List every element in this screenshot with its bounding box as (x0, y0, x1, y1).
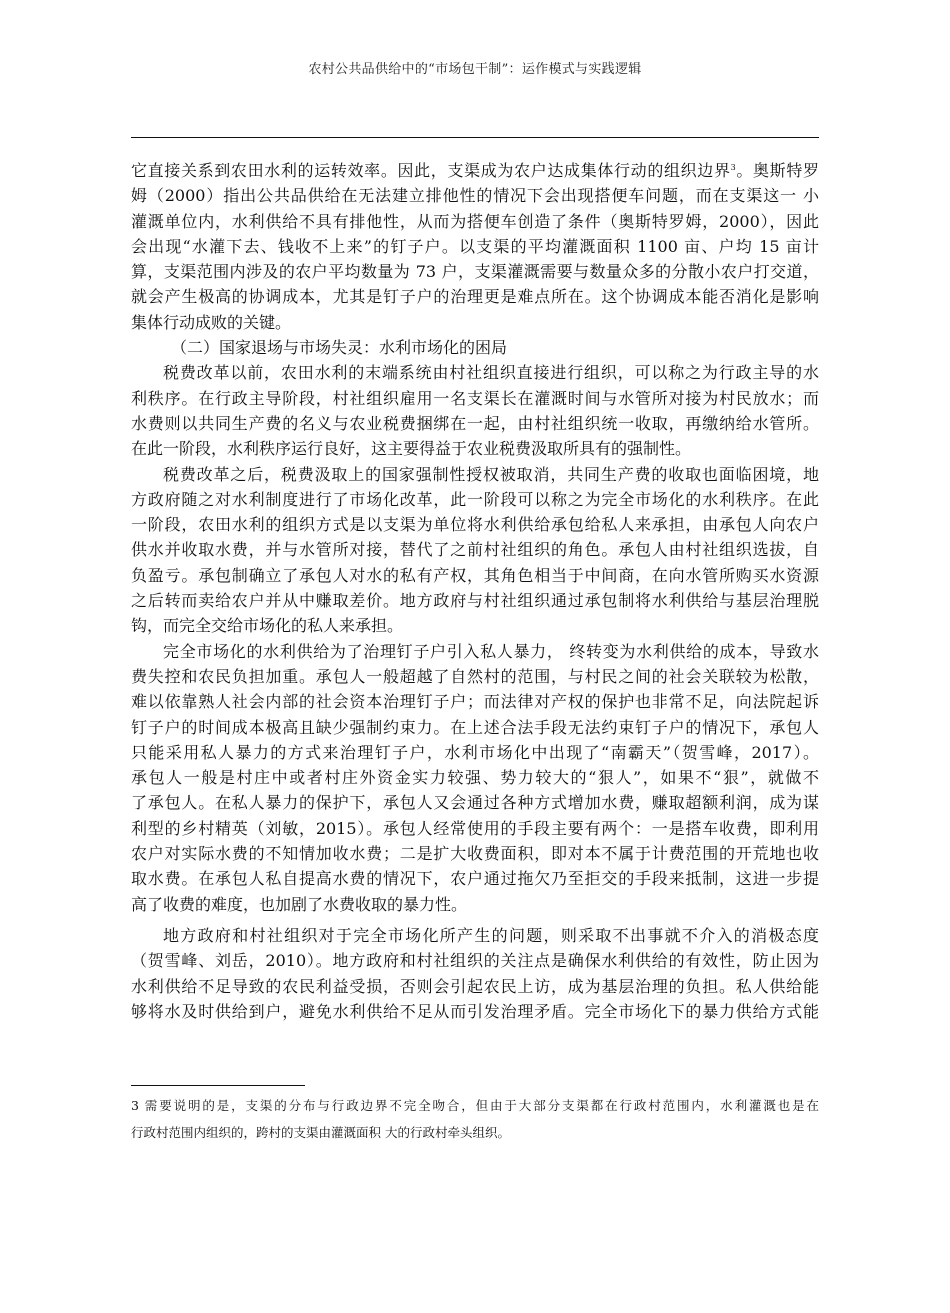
paragraph-2: 税费改革以前，农田水利的末端系统由村社组织直接进行组织，可以称之为行政主导的水 … (131, 360, 819, 461)
text-line: 费失控和农民负担加重。承包人一般超越了自然村的范围，与村民之间的社会关联较为松散… (131, 664, 819, 689)
text-line: 取水费。在承包人私自提高水费的情况下，农户通过拖欠乃至拒交的手段来抵制，这进一步… (131, 866, 819, 891)
text-line: 供水并收取水费，并与水管所对接，替代了之前村社组织的角色。承包人由村社组织选拔，… (131, 537, 819, 562)
text-span: 它直接关系到农田水利的运转效率。因此，支渠成为农户达成集体行动的组织边界 (131, 161, 731, 180)
text-line: 税费改革以前，农田水利的末端系统由村社组织直接进行组织，可以称之为行政主导的水 (131, 360, 819, 385)
text-line: 算，支渠范围内涉及的农户平均数量为 73 户，支渠灌溉需要与数量众多的分散小农户… (131, 259, 819, 284)
text-line: 农户对实际水费的不知情加收水费；二是扩大收费面积，即对本不属于计费范围的开荒地也… (131, 841, 819, 866)
header-rule (131, 137, 819, 138)
body-text: 它直接关系到农田水利的运转效率。因此，支渠成为农户达成集体行动的组织边界3。奥斯… (131, 158, 819, 1024)
text-line: 姆（2000）指出公共品供给在无法建立排他性的情况下会出现搭便车问题，而在支渠这… (131, 183, 819, 208)
text-line: 会出现“水灌下去、钱收不上来”的钉子户。以支渠的平均灌溉面积 1100 亩、户均… (131, 234, 819, 259)
text-line: 负盈亏。承包制确立了承包人对水的私有产权，其角色相当于中间商，在向水管所购买水资… (131, 563, 819, 588)
document-page: 农村公共品供给中的“市场包干制”：运作模式与实践逻辑 它直接关系到农田水利的运转… (0, 0, 950, 1313)
footnote-3: 3 需要说明的是，支渠的分布与行政边界不完全吻合，但由于大部分支渠都在行政村范围… (131, 1092, 819, 1146)
text-line: 利秩序。在行政主导阶段，村社组织雇用一名支渠长在灌溉时间与水管所对接为村民放水；… (131, 386, 819, 411)
footnote-line: 行政村范围内组织的，跨村的支渠由灌溉面积 大的行政村牵头组织。 (131, 1119, 819, 1146)
text-line: 钩，而完全交给市场化的私人来承担。 (131, 613, 819, 638)
text-line: 集体行动成败的关键。 (131, 310, 819, 335)
text-line: 水利供给不足导致的农民利益受损，否则会引起农民上访，成为基层治理的负担。私人供给… (131, 974, 819, 999)
paragraph-4: 完全市场化的水利供给为了治理钉子户引入私人暴力， 终转变为水利供给的成本，导致水… (131, 639, 819, 917)
text-line: 钉子户的时间成本极高且缺少强制约束力。在上述合法手段无法约束钉子户的情况下，承包… (131, 715, 819, 740)
text-line: 只能采用私人暴力的方式来治理钉子户，水利市场化中出现了“南霸天”（贺雪峰，201… (131, 740, 819, 765)
footnote-line: 3 需要说明的是，支渠的分布与行政边界不完全吻合，但由于大部分支渠都在行政村范围… (131, 1092, 819, 1119)
footnote-separator (131, 1085, 305, 1086)
text-line: 它直接关系到农田水利的运转效率。因此，支渠成为农户达成集体行动的组织边界3。奥斯… (131, 158, 819, 183)
text-line: （贺雪峰、刘岳，2010）。地方政府和村社组织的关注点是确保水利供给的有效性，防… (131, 948, 819, 973)
text-line: 一阶段，农田水利的组织方式是以支渠为单位将水利供给承包给私人来承担，由承包人向农… (131, 512, 819, 537)
running-header: 农村公共品供给中的“市场包干制”：运作模式与实践逻辑 (131, 58, 819, 77)
text-line: 完全市场化的水利供给为了治理钉子户引入私人暴力， 终转变为水利供给的成本，导致水 (131, 639, 819, 664)
text-line: 就会产生极高的协调成本，尤其是钉子户的治理更是难点所在。这个协调成本能否消化是影… (131, 284, 819, 309)
text-span: 。奥斯特罗 (736, 161, 819, 180)
text-line: 方政府随之对水利制度进行了市场化改革，此一阶段可以称之为完全市场化的水利秩序。在… (131, 487, 819, 512)
section-heading: （二）国家退场与市场失灵：水利市场化的困局 (131, 335, 819, 360)
text-line: 利型的乡村精英（刘敏，2015）。承包人经常使用的手段主要有两个：一是搭车收费，… (131, 816, 819, 841)
text-line: 水费则以共同生产费的名义与农业税费捆绑在一起，由村社组织统一收取，再缴纳给水管所… (131, 411, 819, 436)
text-line: 了承包人。在私人暴力的保护下，承包人又会通过各种方式增加水费，赚取超额利润，成为… (131, 790, 819, 815)
text-line: 高了收费的难度，也加剧了水费收取的暴力性。 (131, 892, 819, 917)
paragraph-5: 地方政府和村社组织对于完全市场化所产生的问题，则采取不出事就不介入的消极态度 （… (131, 923, 819, 1024)
text-line: 地方政府和村社组织对于完全市场化所产生的问题，则采取不出事就不介入的消极态度 (131, 923, 819, 948)
text-line: 难以依靠熟人社会内部的社会资本治理钉子户；而法律对产权的保护也非常不足，向法院起… (131, 689, 819, 714)
text-line: 在此一阶段，水利秩序运行良好，这主要得益于农业税费汲取所具有的强制性。 (131, 436, 819, 461)
paragraph-1: 它直接关系到农田水利的运转效率。因此，支渠成为农户达成集体行动的组织边界3。奥斯… (131, 158, 819, 335)
text-line: 灌溉单位内，水利供给不具有排他性，从而为搭便车创造了条件（奥斯特罗姆，2000）… (131, 209, 819, 234)
paragraph-3: 税费改革之后，税费汲取上的国家强制性授权被取消，共同生产费的收取也面临困境，地 … (131, 462, 819, 639)
text-line: 之后转而卖给农户并从中赚取差价。地方政府与村社组织通过承包制将水利供给与基层治理… (131, 588, 819, 613)
text-line: 够将水及时供给到户，避免水利供给不足从而引发治理矛盾。完全市场化下的暴力供给方式… (131, 999, 819, 1024)
text-line: 承包人一般是村庄中或者村庄外资金实力较强、势力较大的“狠人”，如果不“狠”，就做… (131, 765, 819, 790)
text-line: 税费改革之后，税费汲取上的国家强制性授权被取消，共同生产费的收取也面临困境，地 (131, 462, 819, 487)
